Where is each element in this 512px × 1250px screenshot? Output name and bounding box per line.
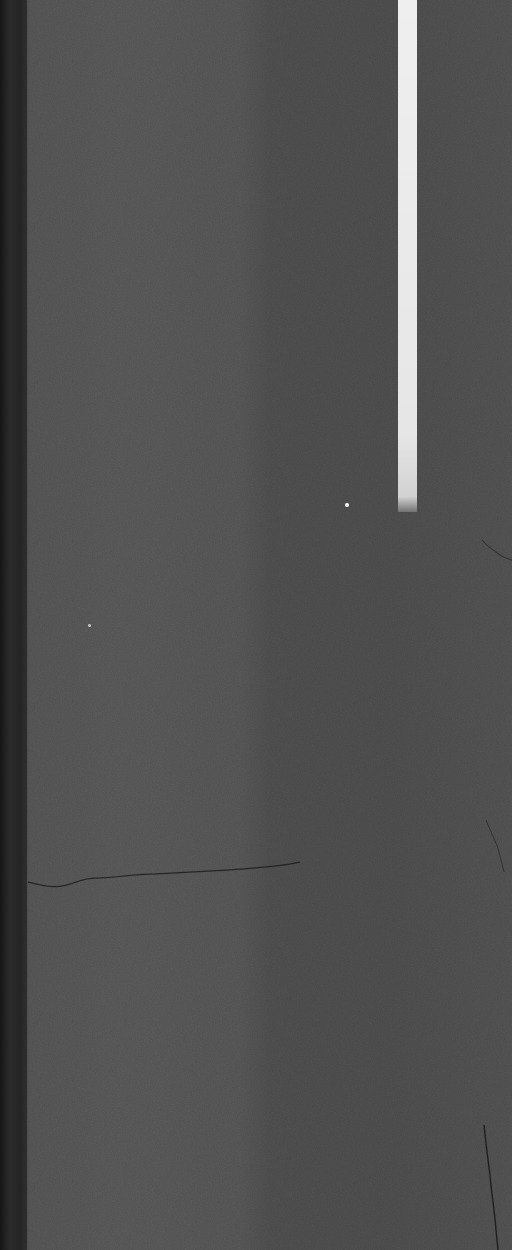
transverse-crack: [28, 862, 300, 887]
edge-crack: [484, 1125, 498, 1250]
edge-crack: [482, 540, 512, 560]
road-photo: [0, 0, 512, 1250]
pebble: [88, 624, 91, 627]
cracks: [0, 0, 512, 1250]
edge-crack: [486, 820, 504, 872]
pebble: [345, 503, 349, 507]
